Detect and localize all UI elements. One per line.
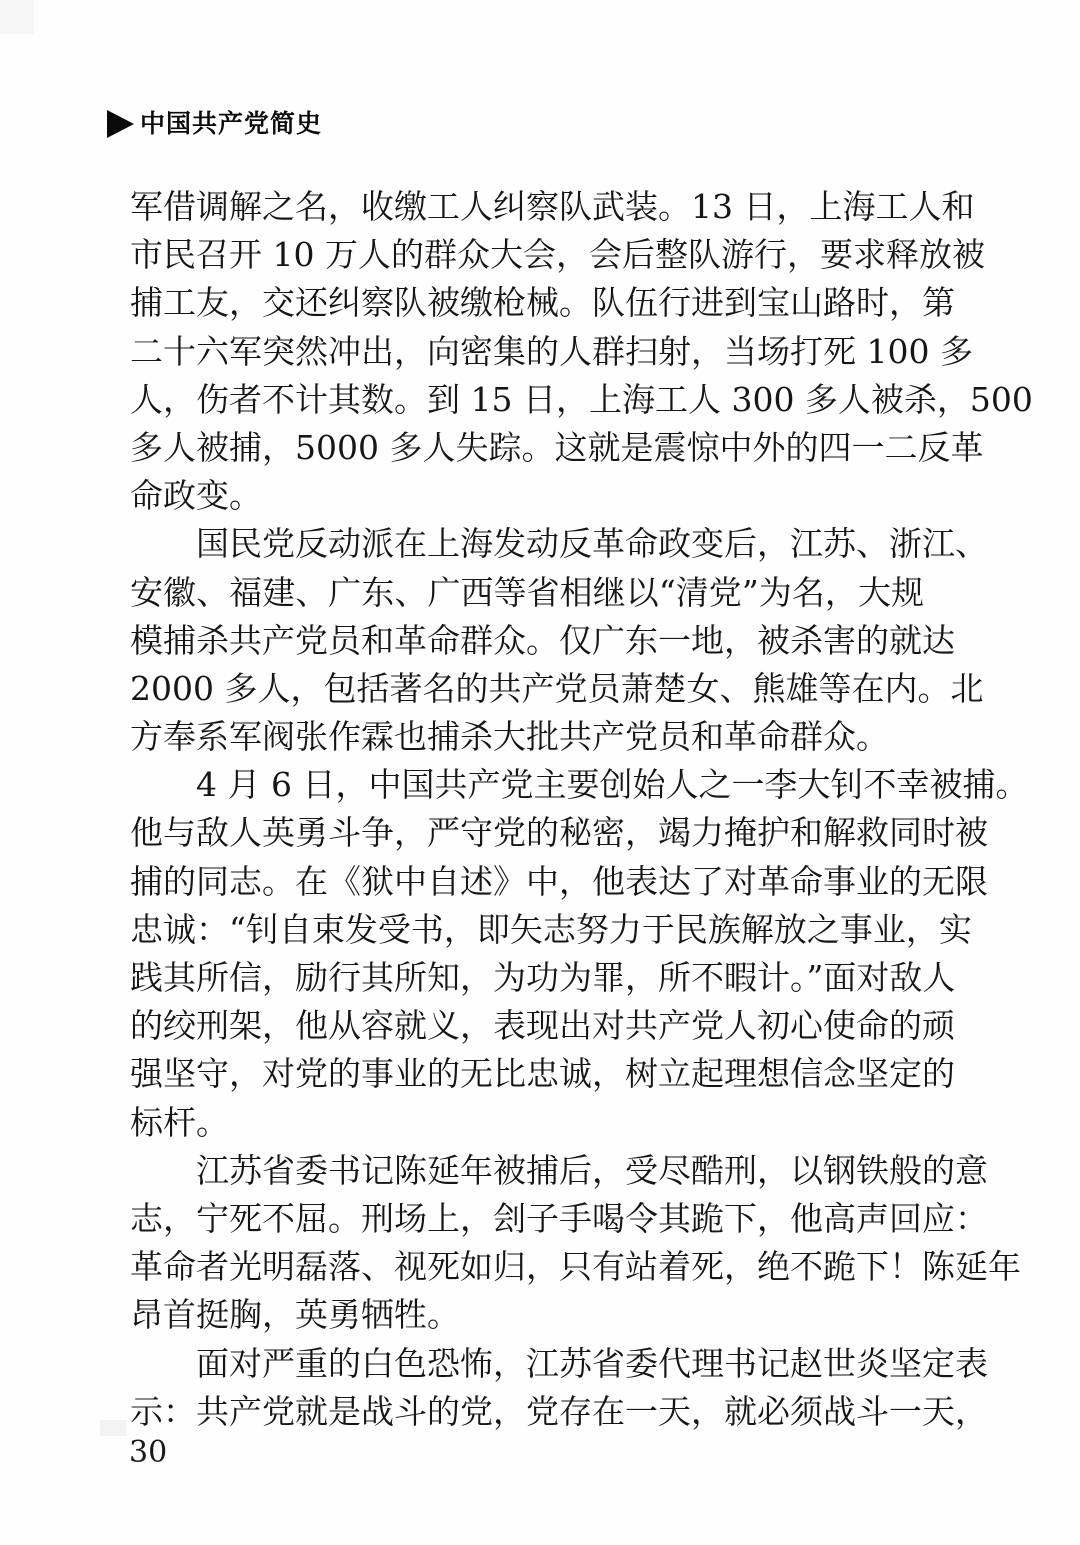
text-line: 多人被捕，5000 多人失踪。这就是震惊中外的四一二反革 bbox=[130, 424, 924, 472]
text-line: 忠诚：“钊自束发受书，即矢志努力于民族解放之事业，实 bbox=[130, 906, 924, 954]
text-line: 安徽、福建、广东、广西等省相继以“清党”为名，大规 bbox=[130, 569, 924, 617]
text-line: 标杆。 bbox=[130, 1099, 924, 1147]
text-line: 强坚守，对党的事业的无比忠诚，树立起理想信念坚定的 bbox=[130, 1050, 924, 1098]
scan-artifact bbox=[100, 1420, 126, 1436]
text-line: 2000 多人，包括著名的共产党员萧楚女、熊雄等在内。北 bbox=[130, 665, 924, 713]
right-triangle-icon bbox=[107, 110, 134, 138]
scan-artifact bbox=[0, 0, 34, 34]
text-line: 革命者光明磊落、视死如归，只有站着死，绝不跪下！陈延年 bbox=[130, 1243, 924, 1291]
text-line: 捕工友，交还纠察队被缴枪械。队伍行进到宝山路时，第 bbox=[130, 279, 924, 327]
text-line: 军借调解之名，收缴工人纠察队武装。13 日，上海工人和 bbox=[130, 183, 924, 231]
body-text: 军借调解之名，收缴工人纠察队武装。13 日，上海工人和市民召开 10 万人的群众… bbox=[130, 183, 924, 1436]
text-line: 面对严重的白色恐怖，江苏省委代理书记赵世炎坚定表 bbox=[130, 1340, 924, 1388]
text-line: 方奉系军阀张作霖也捕杀大批共产党员和革命群众。 bbox=[130, 713, 924, 761]
text-line: 4 月 6 日，中国共产党主要创始人之一李大钊不幸被捕。 bbox=[130, 761, 924, 809]
text-line: 志，宁死不屈。刑场上，刽子手喝令其跪下，他高声回应： bbox=[130, 1195, 924, 1243]
text-line: 模捕杀共产党员和革命群众。仅广东一地，被杀害的就达 bbox=[130, 617, 924, 665]
text-line: 示：共产党就是战斗的党，党存在一天，就必须战斗一天， bbox=[130, 1388, 924, 1436]
text-line: 命政变。 bbox=[130, 472, 924, 520]
text-line: 江苏省委书记陈延年被捕后，受尽酷刑，以钢铁般的意 bbox=[130, 1147, 924, 1195]
text-line: 人，伤者不计其数。到 15 日，上海工人 300 多人被杀，500 bbox=[130, 376, 924, 424]
text-line: 他与敌人英勇斗争，严守党的秘密，竭力掩护和解救同时被 bbox=[130, 809, 924, 857]
text-line: 的绞刑架，他从容就义，表现出对共产党人初心使命的顽 bbox=[130, 1002, 924, 1050]
page-number: 30 bbox=[129, 1437, 167, 1469]
text-line: 市民召开 10 万人的群众大会，会后整队游行，要求释放被 bbox=[130, 231, 924, 279]
text-line: 捕的同志。在《狱中自述》中，他表达了对革命事业的无限 bbox=[130, 858, 924, 906]
page-header: 中国共产党简史 bbox=[107, 110, 322, 138]
text-line: 国民党反动派在上海发动反革命政变后，江苏、浙江、 bbox=[130, 520, 924, 568]
book-title: 中国共产党简史 bbox=[140, 110, 322, 138]
text-line: 二十六军突然冲出，向密集的人群扫射，当场打死 100 多 bbox=[130, 328, 924, 376]
text-line: 昂首挺胸，英勇牺牲。 bbox=[130, 1291, 924, 1339]
text-line: 践其所信，励行其所知，为功为罪，所不暇计。”面对敌人 bbox=[130, 954, 924, 1002]
